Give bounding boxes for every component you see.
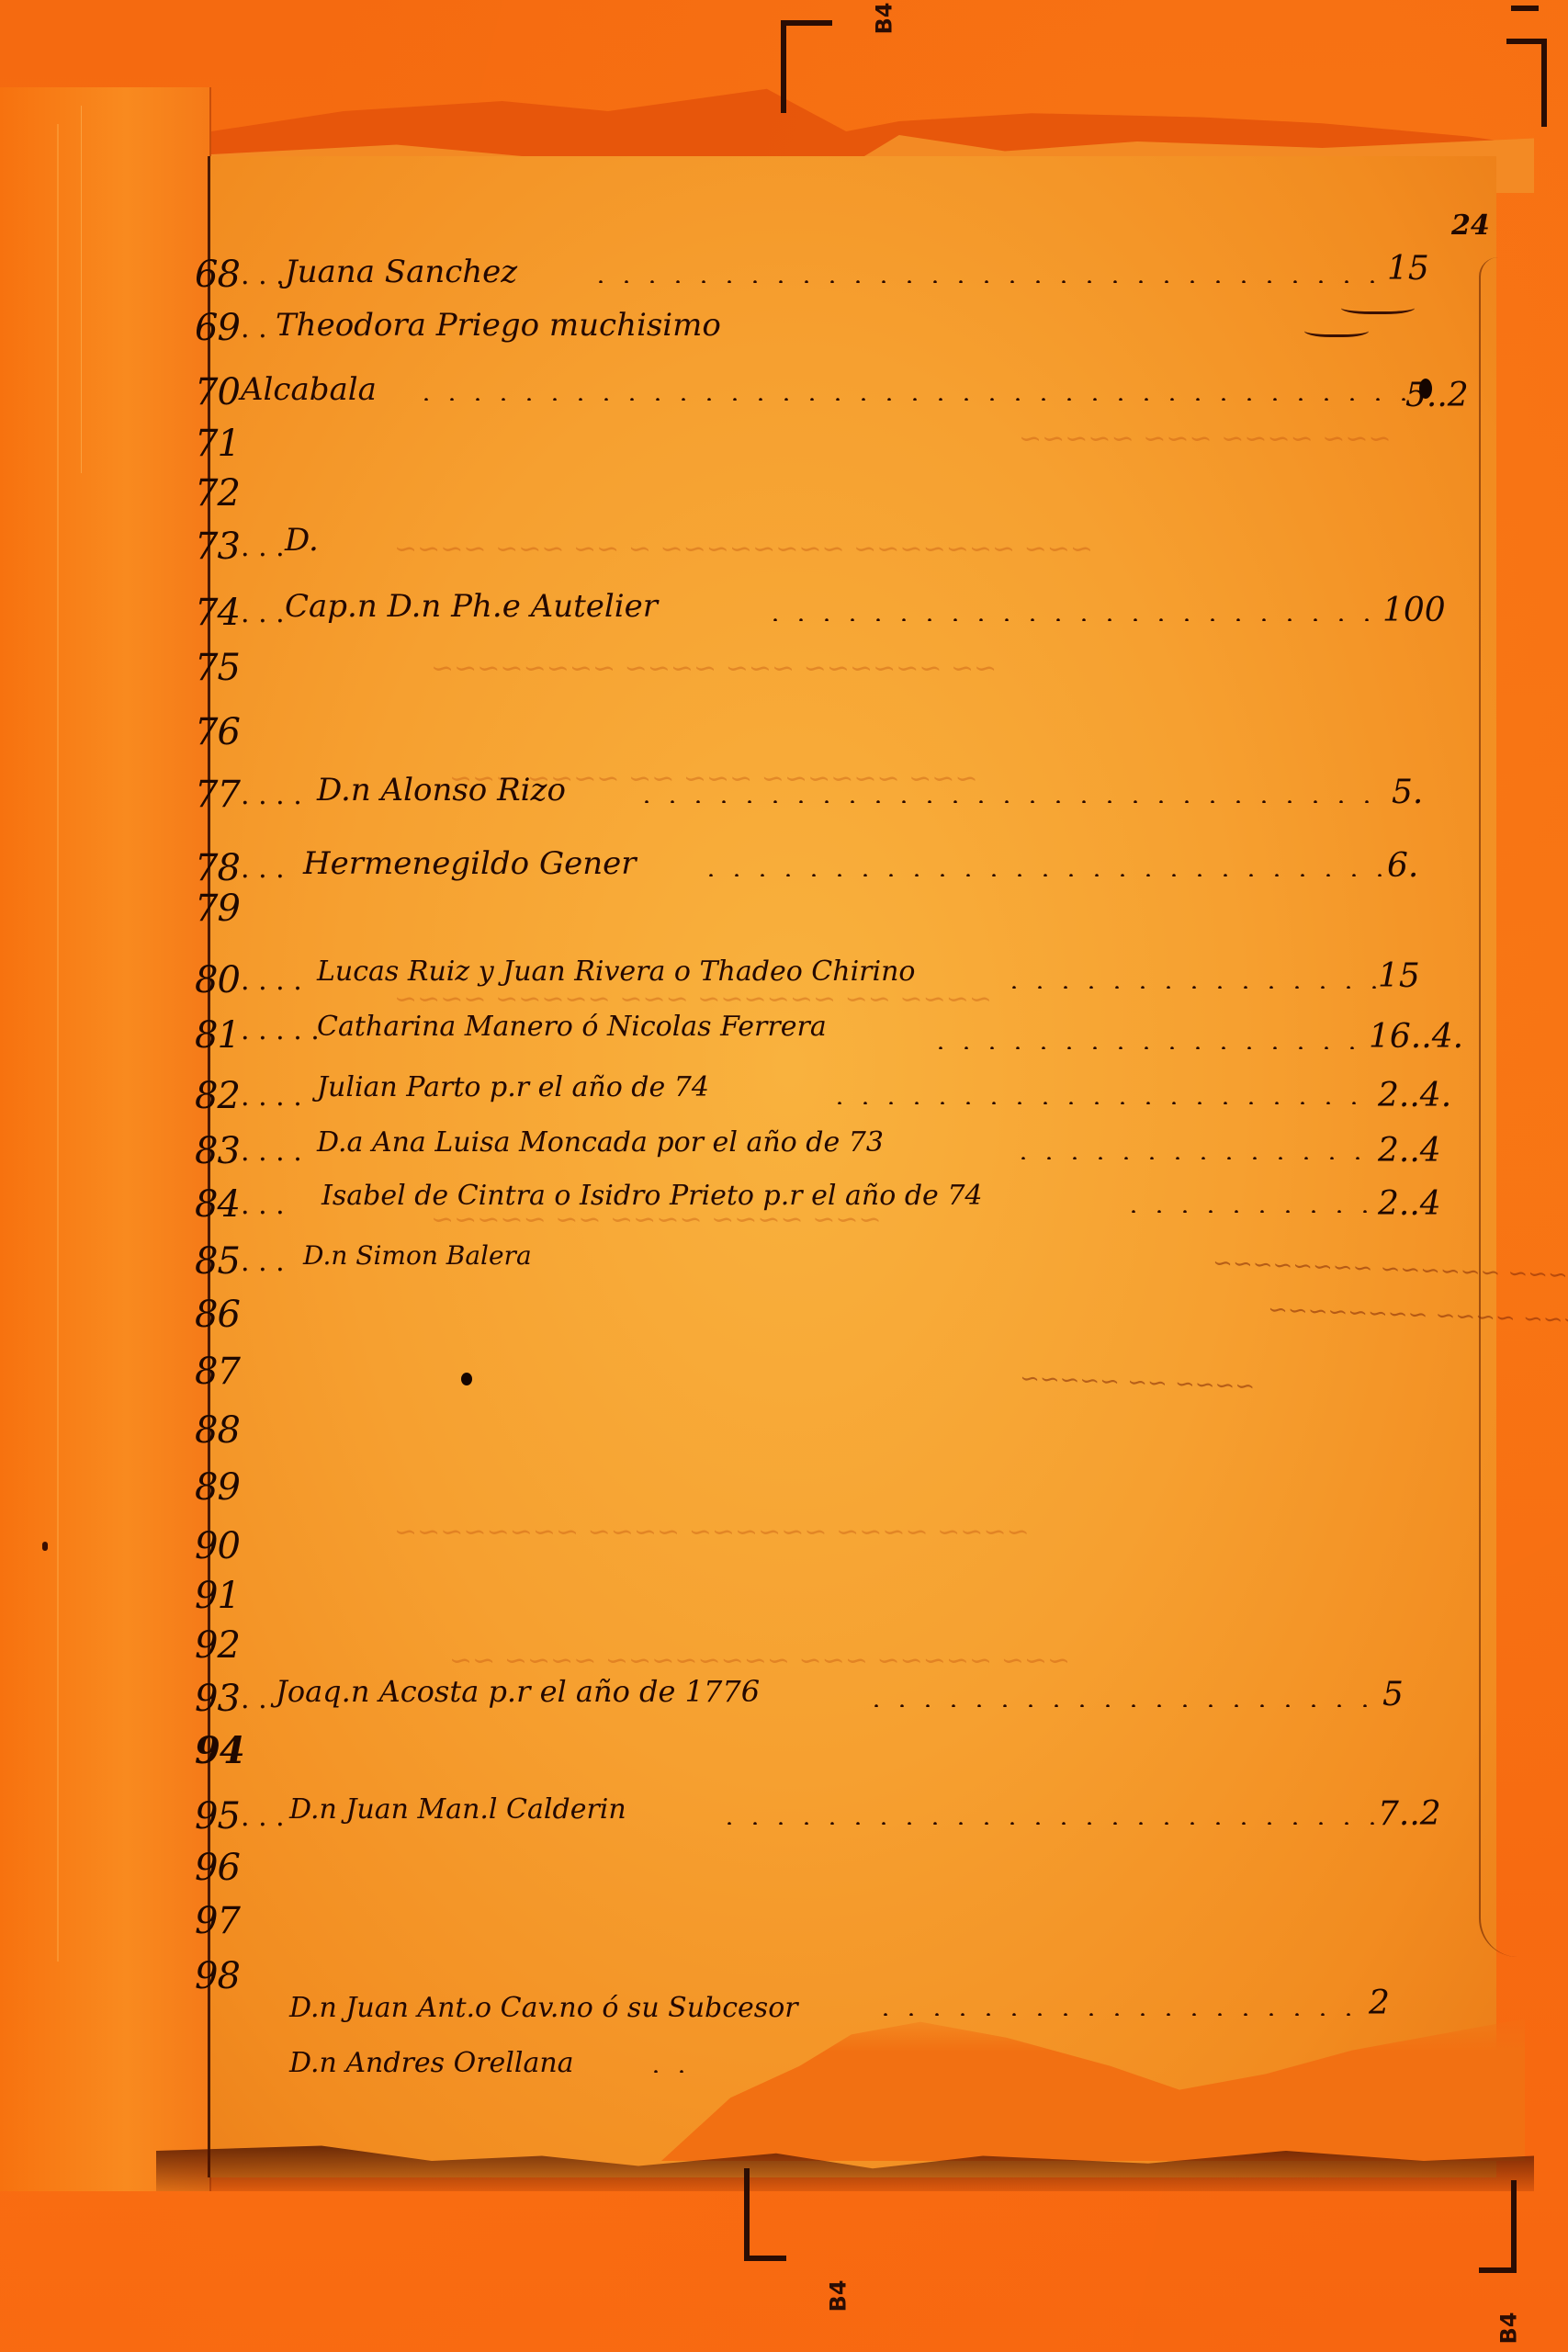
entry-amount: 100 [1382, 592, 1446, 629]
ledger-row: 91 [0, 1571, 1568, 1623]
ledger-row: 96 [0, 1843, 1568, 1894]
leader-dots: . . . [241, 1189, 285, 1221]
crop-label-bottom-left: B4 [826, 2280, 852, 2312]
dotted-leader [827, 1101, 1378, 1104]
entry-number: 68 [195, 254, 240, 296]
ledger-row: 90 [0, 1521, 1568, 1573]
entry-number: 69 [195, 307, 240, 349]
leader-dots: . . . . [241, 779, 302, 811]
leader-dots: . . . . [241, 965, 302, 997]
dotted-leader [1121, 1209, 1378, 1213]
ledger-row: 72 [0, 469, 1568, 520]
ledger-row: 89 [0, 1463, 1568, 1514]
entry-amount: 5..2 [1405, 377, 1469, 414]
ledger-row: 88 [0, 1406, 1568, 1457]
leader-dots: . . . [241, 597, 285, 629]
entry-number: 75 [195, 647, 240, 689]
dotted-leader [413, 397, 1405, 401]
crop-label-top: B4 [872, 3, 897, 35]
dotted-leader [863, 1703, 1378, 1707]
entry-number: 92 [195, 1624, 240, 1667]
entry-number: 93 [195, 1678, 240, 1720]
ledger-row: 84 . . . Isabel de Cintra o Isidro Priet… [0, 1180, 1568, 1231]
dotted-leader [588, 279, 1387, 283]
ledger-row: 82 . . . . Julian Parto p.r el año de 74… [0, 1071, 1568, 1123]
entry-number: 79 [195, 888, 240, 930]
entry-number: 81 [195, 1014, 240, 1057]
ledger-row: 79 [0, 884, 1568, 935]
entry-amount: 5. [1392, 774, 1423, 811]
leader-dots: . . . [241, 1246, 285, 1278]
ledger-row: 73 . . . D. [0, 522, 1568, 573]
dotted-leader [762, 617, 1387, 621]
ink-blot [1419, 379, 1432, 399]
entry-number: 88 [195, 1409, 240, 1452]
entry-name: D. [285, 522, 319, 559]
ledger-row: 95 . . . D.n Juan Man.l Calderin 7..2 [0, 1792, 1568, 1843]
ledger-row: 97 [0, 1896, 1568, 1948]
entry-name: D.n Juan Man.l Calderin [289, 1793, 626, 1826]
entry-number: 91 [195, 1575, 240, 1617]
leader-dots: . . [241, 312, 267, 345]
dotted-leader [873, 2012, 1359, 2016]
leader-dots: . . . [241, 259, 285, 291]
entry-number: 90 [195, 1525, 240, 1567]
leader-dots: . . [241, 1683, 267, 1715]
dotted-leader [716, 1821, 1378, 1825]
entry-name: Isabel de Cintra o Isidro Prieto p.r el … [321, 1180, 983, 1212]
entry-name: D.n Andres Orellana [289, 2047, 574, 2079]
ledger-row: 76 [0, 707, 1568, 759]
entry-name: Joaq.n Acosta p.r el año de 1776 [276, 1674, 760, 1709]
entry-name: Theodora Priego muchisimo [276, 307, 721, 344]
entry-number: 73 [195, 526, 240, 568]
entry-amount: 15 [1378, 957, 1420, 995]
ledger-row: 70 Alcabala 5..2 [0, 367, 1568, 419]
leader-dots: . . . . . [241, 1014, 320, 1046]
entry-amount: 16..4. [1369, 1018, 1463, 1056]
ledger-row: 75 [0, 643, 1568, 695]
ledger-row: 92 [0, 1621, 1568, 1672]
ledger-row: 80 . . . . Lucas Ruiz y Juan Rivera o Th… [0, 955, 1568, 1007]
entry-amount: 6. [1387, 847, 1418, 885]
entry-number: 74 [195, 592, 240, 634]
entry-number: 83 [195, 1130, 240, 1172]
entry-number: 86 [195, 1294, 240, 1336]
entry-number: 70 [195, 371, 240, 413]
ledger-row: 68 . . . Juana Sanchez 15 [0, 250, 1568, 301]
entry-amount: 2..4. [1378, 1077, 1451, 1114]
ledger-row: 77 . . . . D.n Alonso Rizo 5. [0, 770, 1568, 821]
entry-number: 77 [195, 774, 240, 816]
ledger-row: 81 . . . . . Catharina Manero ó Nicolas … [0, 1011, 1568, 1062]
entry-number: 94 [195, 1729, 244, 1772]
entry-number: 95 [195, 1795, 240, 1837]
dotted-leader [643, 2069, 698, 2073]
ink-flourish [1341, 299, 1415, 314]
ledger-entries: 68 . . . Juana Sanchez 15 69 . . Theodor… [0, 0, 1568, 2352]
leader-dots: . . . [241, 1801, 285, 1833]
entry-amount: 2..4 [1378, 1185, 1441, 1223]
crop-bracket-bottom-left [744, 2168, 786, 2261]
leader-dots: . . . . [241, 1136, 302, 1168]
ledger-row: D.n Juan Ant.o Cav.no ó su Subcesor 2 [0, 1984, 1568, 2036]
crop-bracket-top-right-edge [1511, 0, 1539, 11]
entry-name: Cap.n D.n Ph.e Autelier [285, 588, 658, 625]
crop-label-bottom-right: B4 [1496, 2312, 1522, 2345]
dotted-leader [1001, 985, 1378, 989]
entry-name: Lucas Ruiz y Juan Rivera o Thadeo Chirin… [317, 955, 916, 988]
entry-amount: 2 [1369, 1984, 1390, 2022]
ledger-row: 83 . . . . D.a Ana Luisa Moncada por el … [0, 1126, 1568, 1178]
entry-amount: 2..4 [1378, 1132, 1441, 1170]
ledger-row: 86 [0, 1290, 1568, 1341]
entry-name: D.n Alonso Rizo [317, 772, 566, 808]
ledger-row: 85 . . . D.n Simon Balera [0, 1237, 1568, 1288]
entry-amount: 15 [1387, 250, 1429, 288]
entry-amount: 7..2 [1378, 1795, 1441, 1833]
entry-name: D.n Juan Ant.o Cav.no ó su Subcesor [289, 1992, 798, 2024]
dotted-leader [1010, 1156, 1378, 1159]
entry-number: 84 [195, 1183, 240, 1226]
leader-dots: . . . [241, 853, 285, 885]
ledger-row: 94 [0, 1725, 1568, 1777]
leader-dots: . . . . [241, 1080, 302, 1113]
entry-number: 97 [195, 1900, 240, 1942]
entry-amount: 5 [1382, 1676, 1404, 1713]
entry-number: 80 [195, 959, 240, 1001]
dotted-leader [928, 1046, 1369, 1049]
ink-blot [461, 1373, 472, 1385]
entry-name: D.a Ana Luisa Moncada por el año de 73 [317, 1126, 884, 1159]
entry-name: Juana Sanchez [285, 254, 517, 290]
dotted-leader [634, 799, 1387, 803]
crop-bracket-top-right [1506, 39, 1547, 127]
entry-number: 72 [195, 472, 240, 514]
entry-name: Catharina Manero ó Nicolas Ferrera [317, 1011, 827, 1043]
crop-bracket-top-left [781, 20, 832, 113]
entry-number: 96 [195, 1847, 240, 1889]
ledger-row: 93 . . Joaq.n Acosta p.r el año de 1776 … [0, 1674, 1568, 1725]
ledger-row: 74 . . . Cap.n D.n Ph.e Autelier 100 [0, 588, 1568, 639]
entry-number: 76 [195, 711, 240, 753]
entry-number: 71 [195, 423, 240, 465]
entry-name: Julian Parto p.r el año de 74 [317, 1071, 709, 1103]
entry-name: Alcabala [241, 371, 377, 408]
entry-name: D.n Simon Balera [303, 1240, 532, 1271]
entry-number: 85 [195, 1240, 240, 1283]
ledger-row: 87 [0, 1347, 1568, 1398]
ledger-row: 71 [0, 419, 1568, 470]
crop-bracket-bottom-right [1479, 2180, 1517, 2273]
entry-name: Hermenegildo Gener [303, 845, 637, 882]
ink-flourish [1304, 322, 1369, 337]
entry-number: 89 [195, 1466, 240, 1509]
entry-number: 87 [195, 1351, 240, 1393]
dotted-leader [698, 873, 1387, 876]
entry-number: 82 [195, 1075, 240, 1117]
leader-dots: . . . [241, 531, 285, 563]
